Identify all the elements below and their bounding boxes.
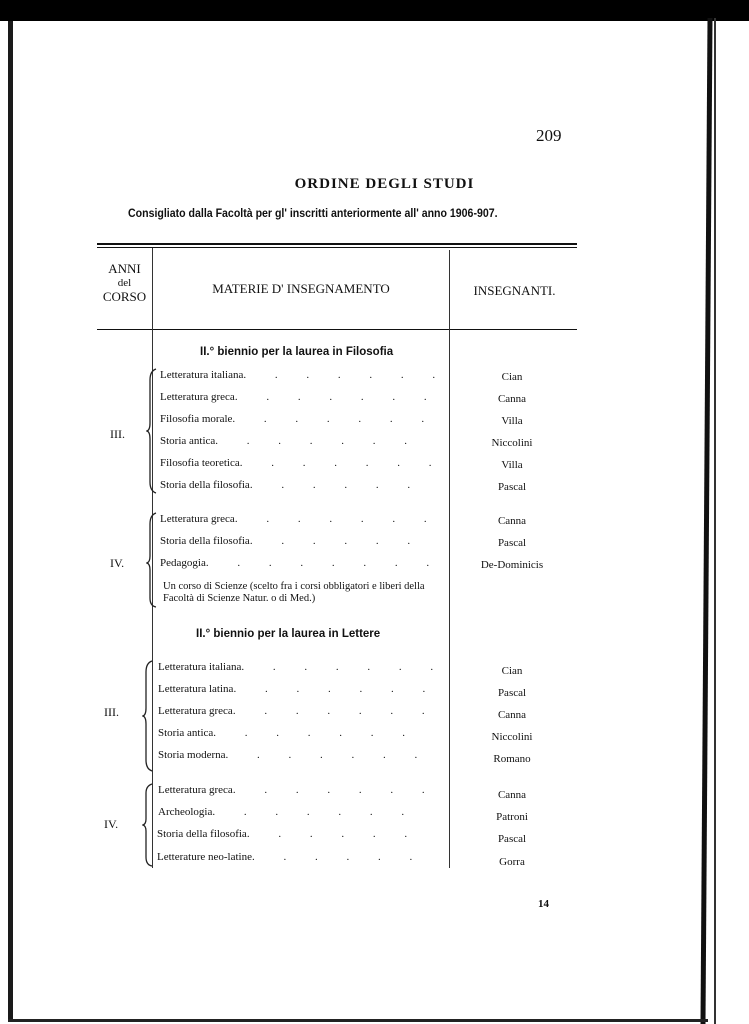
brace-icon xyxy=(142,783,154,867)
table-top-rule xyxy=(97,243,577,245)
brace-icon xyxy=(142,660,154,772)
course-subject: Storia antica xyxy=(160,435,215,451)
course-subject: Filosofia morale xyxy=(160,413,232,429)
course-teacher: Cian xyxy=(452,665,572,677)
leader-dots: . . . . . . . . xyxy=(206,557,435,573)
course-teacher: Patroni xyxy=(452,811,572,823)
course-teacher: Villa xyxy=(452,415,572,427)
column-divider-2 xyxy=(449,250,450,868)
section-heading-filosofia: II.° biennio per la laurea in Filosofia xyxy=(200,346,393,358)
leader-dots: . . . . . . . . xyxy=(243,369,435,385)
course-teacher: Niccolini xyxy=(452,731,572,743)
course-teacher: Pascal xyxy=(452,537,572,549)
course-row: Letteratura greca. . . . . . . . xyxy=(158,784,433,800)
course-row: Filosofia morale. . . . . . . . xyxy=(160,413,435,429)
course-teacher: Pascal xyxy=(452,481,572,493)
course-subject: Letteratura greca xyxy=(160,391,235,407)
leader-dots: . . . . . . . . xyxy=(232,413,435,429)
brace-icon xyxy=(146,368,158,494)
course-teacher: De-Dominicis xyxy=(452,559,572,571)
course-subject: Filosofia teoretica xyxy=(160,457,240,473)
course-teacher: Pascal xyxy=(452,833,572,845)
course-row: Letteratura italiana. . . . . . . . xyxy=(158,661,433,677)
course-subject: Letteratura italiana xyxy=(160,369,243,385)
course-teacher: Cian xyxy=(452,371,572,383)
leader-dots: . . . . . . . . xyxy=(215,435,435,451)
course-teacher: Niccolini xyxy=(452,437,572,449)
scan-bottom-border xyxy=(8,1019,708,1022)
leader-dots: . . . . . . . . xyxy=(252,851,432,867)
course-row: Pedagogia. . . . . . . . xyxy=(160,557,435,573)
course-teacher: Villa xyxy=(452,459,572,471)
scan-top-border xyxy=(0,0,749,21)
course-subject: Letteratura latina xyxy=(158,683,233,699)
scan-right-border xyxy=(700,18,712,1024)
leader-dots: . . . . . . . . xyxy=(241,661,433,677)
leader-dots: . . . . . . . . xyxy=(240,457,435,473)
signature-mark: 14 xyxy=(538,898,549,910)
header-insegnanti: INSEGNANTI. xyxy=(452,284,577,298)
course-subject: Letteratura greca xyxy=(160,513,235,529)
year-label: III. xyxy=(104,705,119,720)
course-subject: Storia della filosofia xyxy=(157,828,247,844)
leader-dots: . . . . . . . . xyxy=(233,683,433,699)
year-label: IV. xyxy=(110,556,124,571)
leader-dots: . . . . . . . . xyxy=(212,806,433,822)
leader-dots: . . . . . . . . xyxy=(250,479,435,495)
course-subject: Letteratura italiana xyxy=(158,661,241,677)
table-top-rule-thin xyxy=(97,247,577,248)
course-subject: Storia moderna xyxy=(158,749,226,765)
course-row: Storia antica. . . . . . . . xyxy=(158,727,433,743)
course-teacher: Canna xyxy=(452,789,572,801)
course-note: Un corso di Scienze (scelto fra i corsi … xyxy=(163,581,438,605)
course-row: Storia della filosofia. . . . . . . . xyxy=(157,828,432,844)
course-row: Storia della filosofia. . . . . . . . xyxy=(160,535,435,551)
course-subject: Letteratura greca xyxy=(158,705,233,721)
course-row: Filosofia teoretica. . . . . . . . xyxy=(160,457,435,473)
course-row: Archeologia. . . . . . . . xyxy=(158,806,433,822)
scan-right-border-inner xyxy=(714,18,716,1024)
leader-dots: . . . . . . . . xyxy=(247,828,432,844)
course-teacher: Pascal xyxy=(452,687,572,699)
leader-dots: . . . . . . . . xyxy=(235,513,435,529)
course-subject: Letterature neo-latine xyxy=(157,851,252,867)
course-row: Letteratura latina. . . . . . . . xyxy=(158,683,433,699)
course-subject: Storia antica xyxy=(158,727,213,743)
scan-left-border xyxy=(8,21,13,1021)
header-anni: ANNI xyxy=(97,262,152,276)
course-subject: Pedagogia xyxy=(160,557,206,573)
year-label: IV. xyxy=(104,817,118,832)
header-corso: CORSO xyxy=(97,290,152,304)
page-number: 209 xyxy=(536,126,562,146)
page-subtitle: Consigliato dalla Facoltà per gl' inscri… xyxy=(128,208,498,220)
course-subject: Storia della filosofia xyxy=(160,535,250,551)
page-title: ORDINE DEGLI STUDI xyxy=(0,176,749,193)
course-row: Letteratura greca. . . . . . . . xyxy=(158,705,433,721)
leader-dots: . . . . . . . . xyxy=(250,535,435,551)
course-row: Letteratura greca. . . . . . . . xyxy=(160,391,435,407)
year-label: III. xyxy=(110,427,125,442)
course-row: Storia antica. . . . . . . . xyxy=(160,435,435,451)
course-row: Storia della filosofia. . . . . . . . xyxy=(160,479,435,495)
course-teacher: Canna xyxy=(452,393,572,405)
course-subject: Storia della filosofia xyxy=(160,479,250,495)
header-materie: MATERIE D' INSEGNAMENTO xyxy=(155,282,447,296)
course-teacher: Canna xyxy=(452,709,572,721)
leader-dots: . . . . . . . . xyxy=(233,784,433,800)
course-row: Letterature neo-latine. . . . . . . . xyxy=(157,851,432,867)
leader-dots: . . . . . . . . xyxy=(233,705,433,721)
header-del: del xyxy=(97,276,152,290)
course-subject: Archeologia xyxy=(158,806,212,822)
leader-dots: . . . . . . . . xyxy=(226,749,433,765)
course-row: Letteratura greca. . . . . . . . xyxy=(160,513,435,529)
header-anni-del-corso: ANNI del CORSO xyxy=(97,262,152,304)
course-teacher: Romano xyxy=(452,753,572,765)
brace-icon xyxy=(146,512,158,608)
course-row: Letteratura italiana. . . . . . . . xyxy=(160,369,435,385)
course-teacher: Canna xyxy=(452,515,572,527)
section-heading-lettere: II.° biennio per la laurea in Lettere xyxy=(196,628,380,640)
course-teacher: Gorra xyxy=(452,856,572,868)
course-subject: Letteratura greca xyxy=(158,784,233,800)
leader-dots: . . . . . . . . xyxy=(235,391,435,407)
header-bottom-rule xyxy=(97,329,577,330)
leader-dots: . . . . . . . . xyxy=(213,727,433,743)
course-row: Storia moderna. . . . . . . . xyxy=(158,749,433,765)
